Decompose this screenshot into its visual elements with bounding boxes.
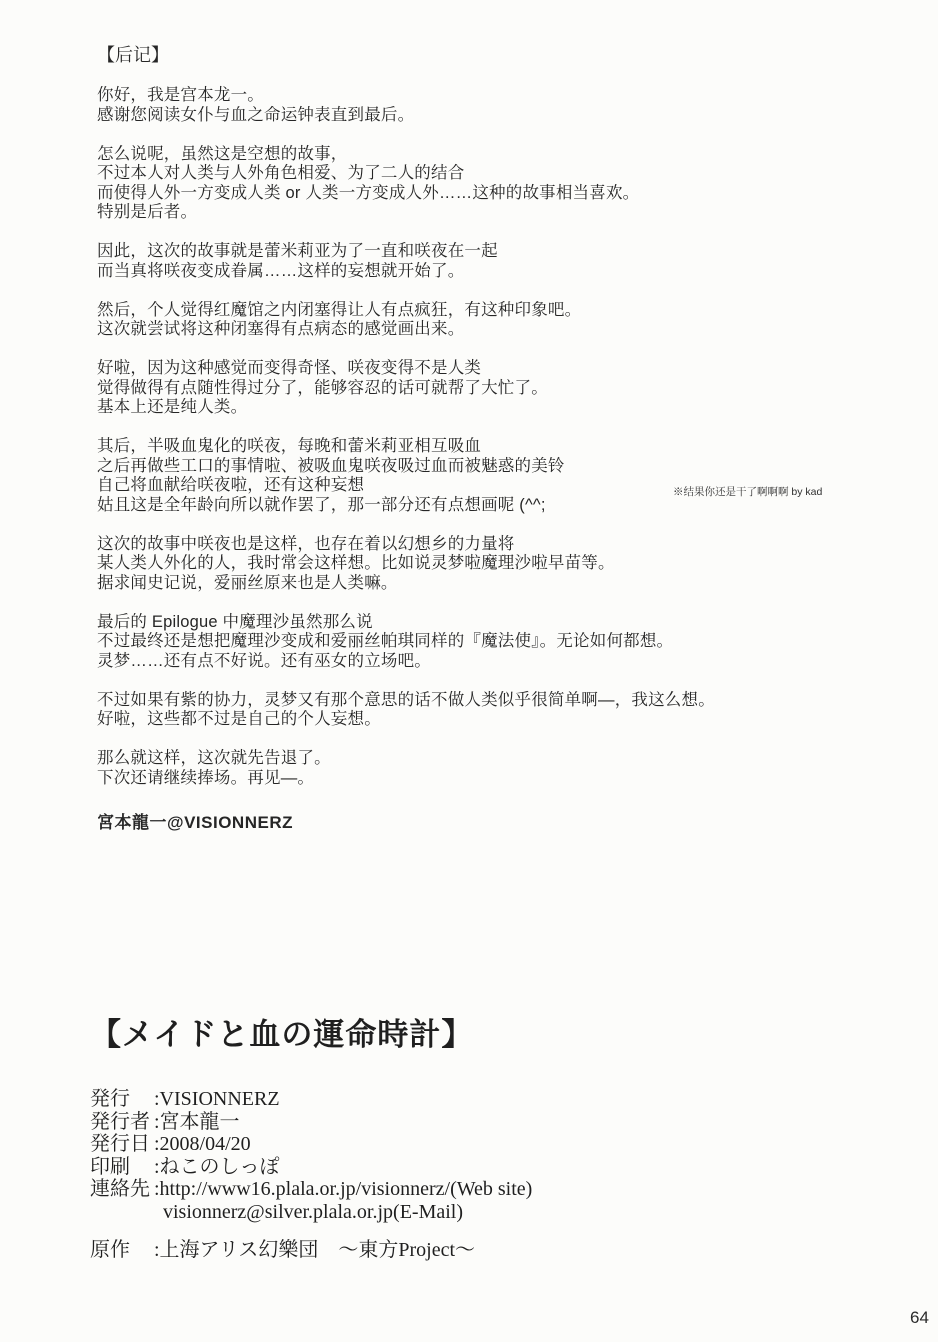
colophon-value: :上海アリス幻樂団 ～東方Project～ [154, 1239, 475, 1262]
afterword-paragraph: 你好，我是宫本龙一。 感谢您阅读女仆与血之命运钟表直到最后。 [97, 86, 757, 125]
afterword-heading: 【后记】 [97, 44, 757, 66]
colophon-value: :VISIONNERZ [154, 1088, 280, 1111]
colophon-label: 発行 [90, 1088, 154, 1111]
afterword-paragraph: 其后，半吸血鬼化的咲夜，每晚和蕾米莉亚相互吸血 之后再做些工口的事情啦、被吸血鬼… [97, 437, 757, 515]
colophon-row-author: 発行者 :宮本龍一 [90, 1111, 532, 1134]
afterword-paragraph: 然后，个人觉得红魔馆之内闭塞得让人有点疯狂，有这种印象吧。 这次就尝试将这种闭塞… [97, 301, 757, 340]
afterword-paragraph: 不过如果有紫的协力，灵梦又有那个意思的话不做人类似乎很简单啊―，我这么想。 好啦… [97, 691, 757, 730]
margin-note: ※结果你还是干了啊啊啊 by kad [673, 484, 822, 499]
afterword-paragraph: 那么就这样，这次就先告退了。 下次还请继续捧场。再见―。 [97, 749, 757, 788]
scanned-afterword-page: 【后记】 你好，我是宫本龙一。 感谢您阅读女仆与血之命运钟表直到最后。 怎么说呢… [0, 0, 938, 1342]
colophon-label: 発行者 [90, 1111, 154, 1134]
colophon-label [90, 1201, 154, 1224]
afterword-paragraph: 最后的 Epilogue 中魔理沙虽然那么说 不过最终还是想把魔理沙变成和爱丽丝… [97, 613, 757, 672]
colophon-row-original: 原作 :上海アリス幻樂団 ～東方Project～ [90, 1239, 532, 1262]
afterword-section: 【后记】 你好，我是宫本龙一。 感谢您阅读女仆与血之命运钟表直到最后。 怎么说呢… [97, 44, 757, 833]
colophon-label: 印刷 [90, 1156, 154, 1179]
afterword-paragraph: 怎么说呢，虽然这是空想的故事， 不过本人对人类与人外角色相爱、为了二人的结合 而… [97, 145, 757, 223]
afterword-paragraph: 因此，这次的故事就是蕾米莉亚为了一直和咲夜在一起 而当真将咲夜变成眷属……这样的… [97, 242, 757, 281]
colophon-label: 発行日 [90, 1133, 154, 1156]
colophon-value: :ねこのしっぽ [154, 1156, 280, 1179]
colophon-email: visionnerz@silver.plala.or.jp(E-Mail) [154, 1201, 463, 1224]
page-number: 64 [910, 1308, 929, 1328]
colophon-row-publisher: 発行 :VISIONNERZ [90, 1088, 532, 1111]
book-title: 【メイドと血の運命時計】 [90, 1014, 532, 1056]
colophon-section: 【メイドと血の運命時計】 発行 :VISIONNERZ 発行者 :宮本龍一 発行… [90, 1014, 532, 1262]
colophon-value: :2008/04/20 [154, 1133, 251, 1156]
colophon-label: 原作 [90, 1239, 154, 1262]
colophon-row-website: 連絡先 :http://www16.plala.or.jp/visionnerz… [90, 1178, 532, 1201]
colophon-label: 連絡先 [90, 1178, 154, 1201]
colophon-website-url: :http://www16.plala.or.jp/visionnerz/(We… [154, 1178, 532, 1201]
colophon-row-date: 発行日 :2008/04/20 [90, 1133, 532, 1156]
afterword-paragraph: 好啦，因为这种感觉而变得奇怪、咲夜变得不是人类 觉得做得有点随性得过分了，能够容… [97, 359, 757, 418]
afterword-paragraph: 这次的故事中咲夜也是这样，也存在着以幻想乡的力量将 某人类人外化的人，我时常会这… [97, 535, 757, 594]
author-signature: 宮本龍一@VISIONNERZ [97, 808, 757, 833]
colophon-row-printer: 印刷 :ねこのしっぽ [90, 1156, 532, 1179]
colophon-row-email: visionnerz@silver.plala.or.jp(E-Mail) [90, 1201, 532, 1224]
colophon-value: :宮本龍一 [154, 1111, 240, 1134]
